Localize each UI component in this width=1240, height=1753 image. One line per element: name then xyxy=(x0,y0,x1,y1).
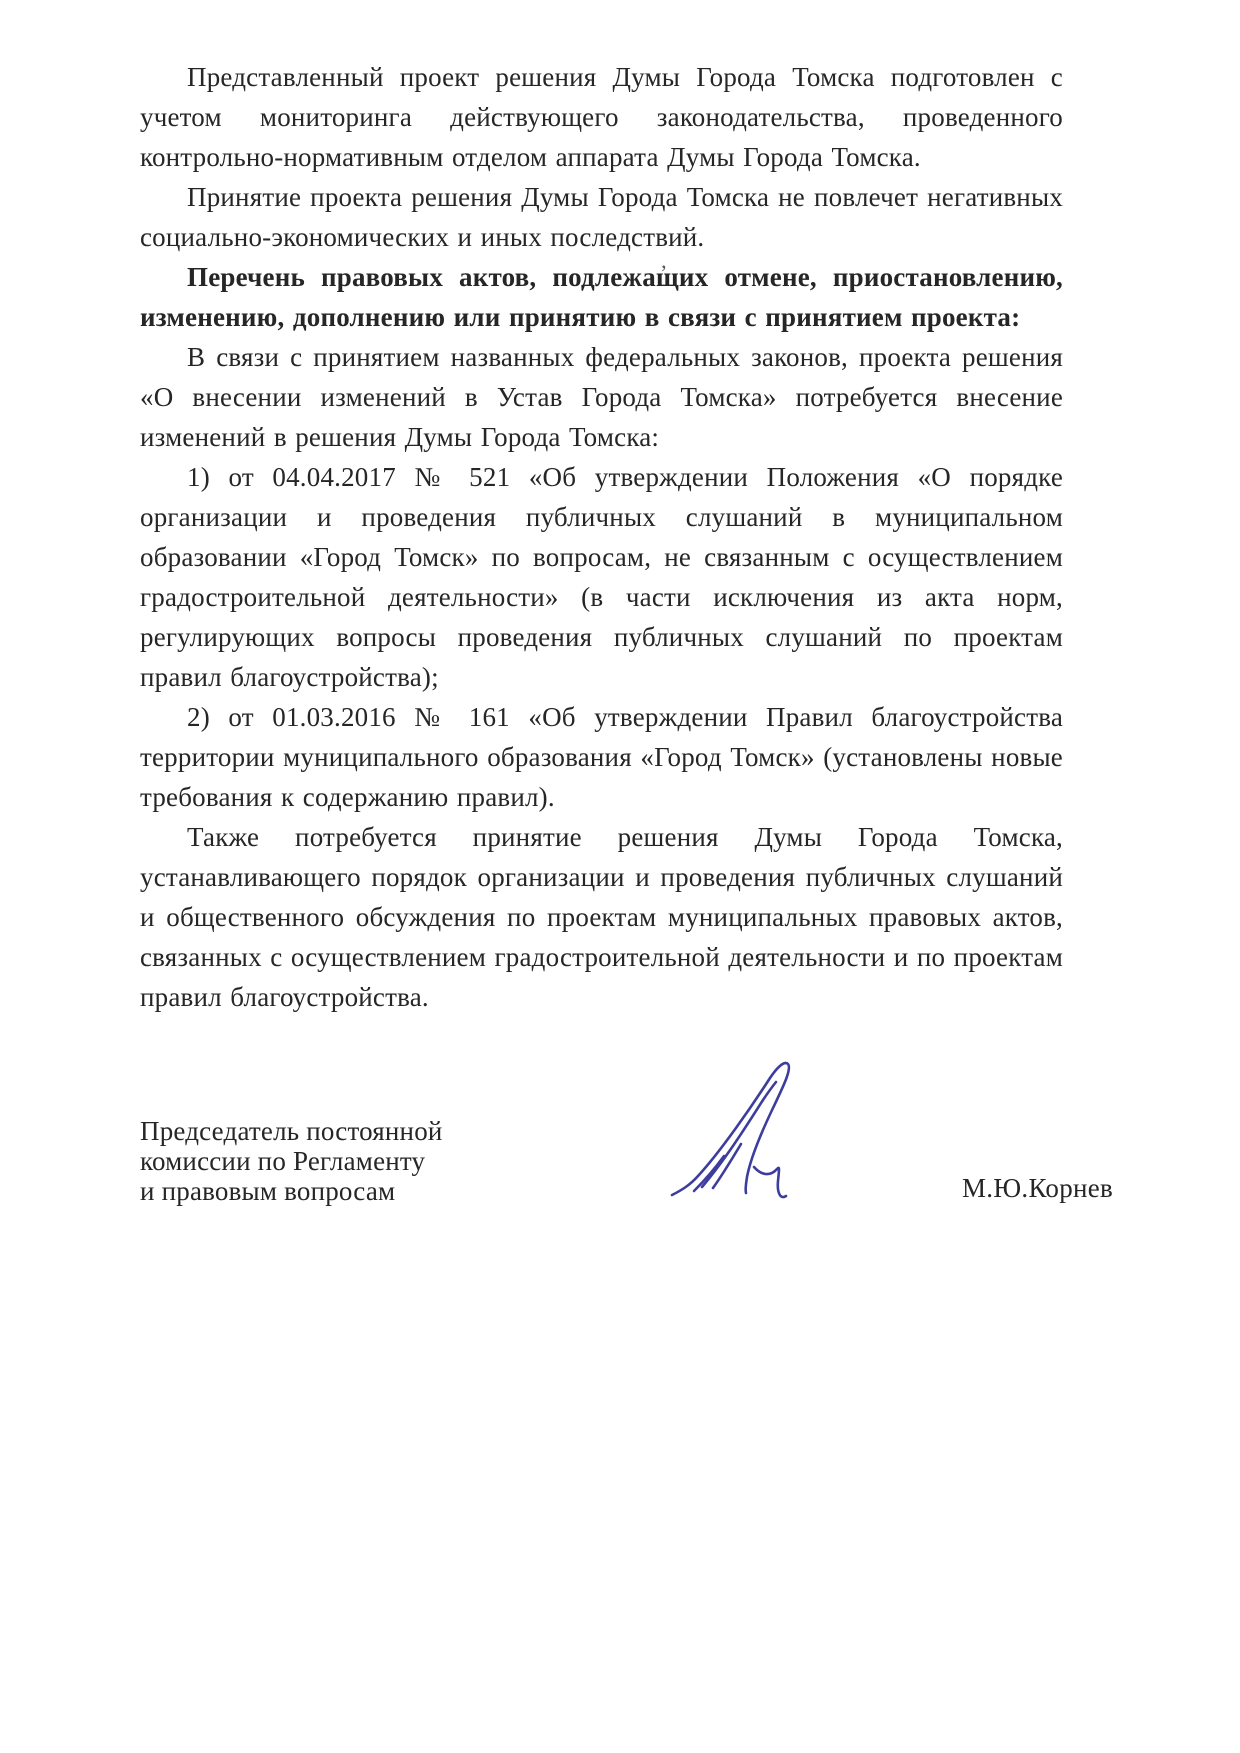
signoff-title-line: Председатель постоянной xyxy=(140,1116,443,1146)
paragraph-also-required: Также потребуется принятие решения Думы … xyxy=(140,817,1063,1017)
paragraph-item-1: 1) от 04.04.2017 № 521 «Об утверждении П… xyxy=(140,457,1063,697)
paragraph-changes-needed: В связи с принятием названных федеральны… xyxy=(140,337,1063,457)
signoff-title: Председатель постоянной комиссии по Регл… xyxy=(140,1116,443,1206)
paragraph-heading-acts-list: Перечень правовых актов, подлежащих отме… xyxy=(140,257,1063,337)
handwritten-signature-icon xyxy=(666,1054,808,1204)
scan-artifact: ’ xyxy=(660,262,667,284)
scan-artifact: ’ xyxy=(572,640,577,655)
signoff-title-line: комиссии по Регламенту xyxy=(140,1146,443,1176)
paragraph-item-2: 2) от 01.03.2016 № 161 «Об утверждении П… xyxy=(140,697,1063,817)
signatory-name: М.Ю.Корнев xyxy=(962,1173,1113,1204)
signoff-title-line: и правовым вопросам xyxy=(140,1176,443,1206)
paragraph-intro: Представленный проект решения Думы Город… xyxy=(140,57,1063,177)
document-body: Представленный проект решения Думы Город… xyxy=(140,57,1063,1017)
document-page: Представленный проект решения Думы Город… xyxy=(0,0,1240,1753)
paragraph-consequences: Принятие проекта решения Думы Города Том… xyxy=(140,177,1063,257)
